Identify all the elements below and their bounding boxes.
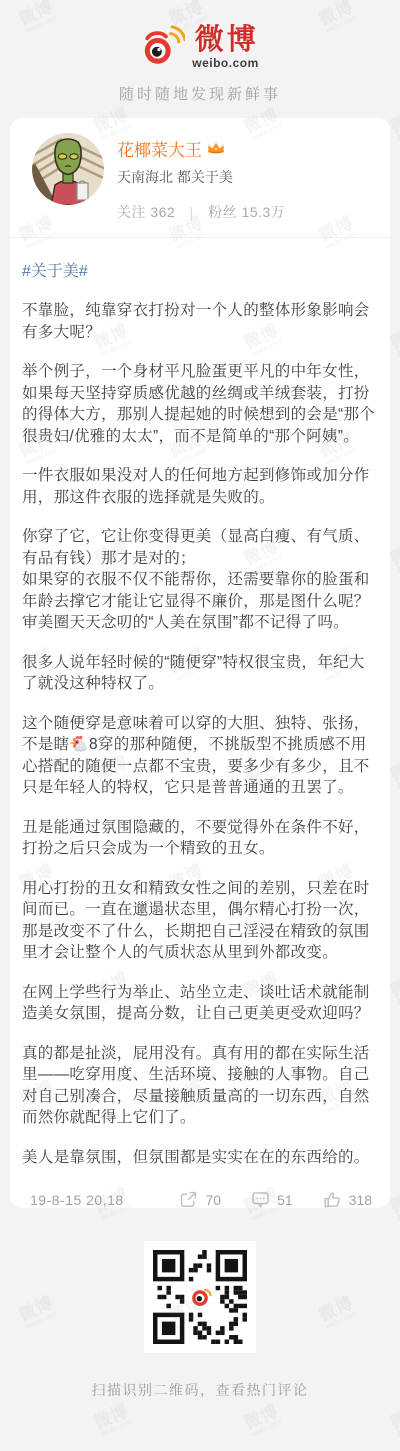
post-paragraph: 举个例子，一个身材平凡脸蛋更平凡的中年女性，如果每天坚持穿质感优越的丝绸或羊绒套… xyxy=(22,361,378,447)
post-paragraph: 这个随便穿是意味着可以穿的大胆、独特、张扬，不是瞎🐔8穿的那种随便，不挑版型不挑… xyxy=(22,713,378,799)
user-meta: 花椰菜大王 天南海北 都关于美 关注 362 | 粉丝 15 xyxy=(117,133,285,222)
user-header: 花椰菜大王 天南海北 都关于美 关注 362 | 粉丝 15 xyxy=(10,118,390,238)
following-label: 关注 xyxy=(117,204,146,220)
user-bio: 天南海北 都关于美 xyxy=(117,167,285,187)
site-header: 微博 weibo.com 随时随地发现新鲜事 xyxy=(0,0,400,118)
post-paragraph: 用心打扮的丑女和精致女性之间的差别，只差在时间而已。一直在邋遢状态里，偶尔精心打… xyxy=(22,878,378,964)
vip-crown-icon xyxy=(207,141,225,156)
username[interactable]: 花椰菜大王 xyxy=(117,136,202,161)
followers-count: 15.3万 xyxy=(242,204,286,220)
avatar[interactable] xyxy=(32,133,104,205)
post-paragraph: 一件衣服如果没对人的任何地方起到修饰或加分作用，那这件衣服的选择就是失败的。 xyxy=(22,465,378,508)
logo-cn-text: 微博 xyxy=(195,26,259,55)
comment-count: 51 xyxy=(277,1192,293,1208)
topic-hashtag-link[interactable]: #关于美# xyxy=(22,258,378,281)
post-paragraph: 不靠脸，纯靠穿衣打扮对一个人的整体形象影响会有多大呢？ xyxy=(22,300,378,343)
qr-code-image xyxy=(153,1250,247,1344)
following-count: 362 xyxy=(150,204,175,220)
followers-label: 粉丝 xyxy=(208,204,237,220)
weibo-logo[interactable]: 微博 weibo.com xyxy=(141,25,259,69)
like-count: 318 xyxy=(349,1192,372,1208)
qr-code[interactable] xyxy=(144,1241,256,1353)
comment-icon xyxy=(251,1190,270,1208)
post-paragraph: 很多人说年轻时候的“随便穿”特权很宝贵，年纪大了就没这种特权了。 xyxy=(22,652,378,695)
post-paragraph: 真的都是扯淡，屁用没有。真有用的都在实际生活里——吃穿用度、生活环境、接触的人事… xyxy=(22,1043,378,1129)
weibo-eye-icon xyxy=(141,25,185,69)
thumbs-up-icon xyxy=(323,1190,342,1208)
like-button[interactable]: 318 xyxy=(323,1190,372,1208)
stats-divider: | xyxy=(190,204,194,220)
logo-wordmark: 微博 weibo.com xyxy=(192,26,259,69)
weibo-share-page: 微博weibo.com微博weibo.com微博weibo.com微博weibo… xyxy=(0,0,400,1451)
repost-button[interactable]: 70 xyxy=(179,1190,221,1208)
post-body: #关于美# 不靠脸，纯靠穿衣打扮对一个人的整体形象影响会有多大呢？ 举个例子，一… xyxy=(10,238,390,1208)
post-card: 花椰菜大王 天南海北 都关于美 关注 362 | 粉丝 15 xyxy=(10,118,390,1208)
repost-count: 70 xyxy=(205,1192,221,1208)
qr-section: 扫描识别二维码，查看热门评论 xyxy=(0,1208,400,1451)
post-timestamp: 19-8-15 20,18 xyxy=(30,1192,124,1208)
post-paragraph: 在网上学些行为举止、站坐立走、谈吐话术就能制造美女氛围，提高分数，让自己更美更受… xyxy=(22,982,378,1025)
post-paragraph: 你穿了它，它让你变得更美（显高白瘦、有气质、有品有钱）那才是对的； 如果穿的衣服… xyxy=(22,526,378,634)
post-paragraph: 丑是能通过氛围隐藏的，不要觉得外在条件不好，打扮之后只会成为一个精致的丑女。 xyxy=(22,817,378,860)
tagline: 随时随地发现新鲜事 xyxy=(0,83,400,104)
share-icon xyxy=(179,1190,198,1208)
post-paragraph: 美人是靠氛围，但氛围都是实实在在的东西给的。 xyxy=(22,1147,378,1169)
post-footer: 19-8-15 20,18 70 xyxy=(22,1186,378,1208)
logo-domain-text: weibo.com xyxy=(192,57,259,69)
qr-caption: 扫描识别二维码，查看热门评论 xyxy=(0,1380,400,1400)
comment-button[interactable]: 51 xyxy=(251,1190,293,1208)
user-stats: 关注 362 | 粉丝 15.3万 xyxy=(117,202,285,222)
